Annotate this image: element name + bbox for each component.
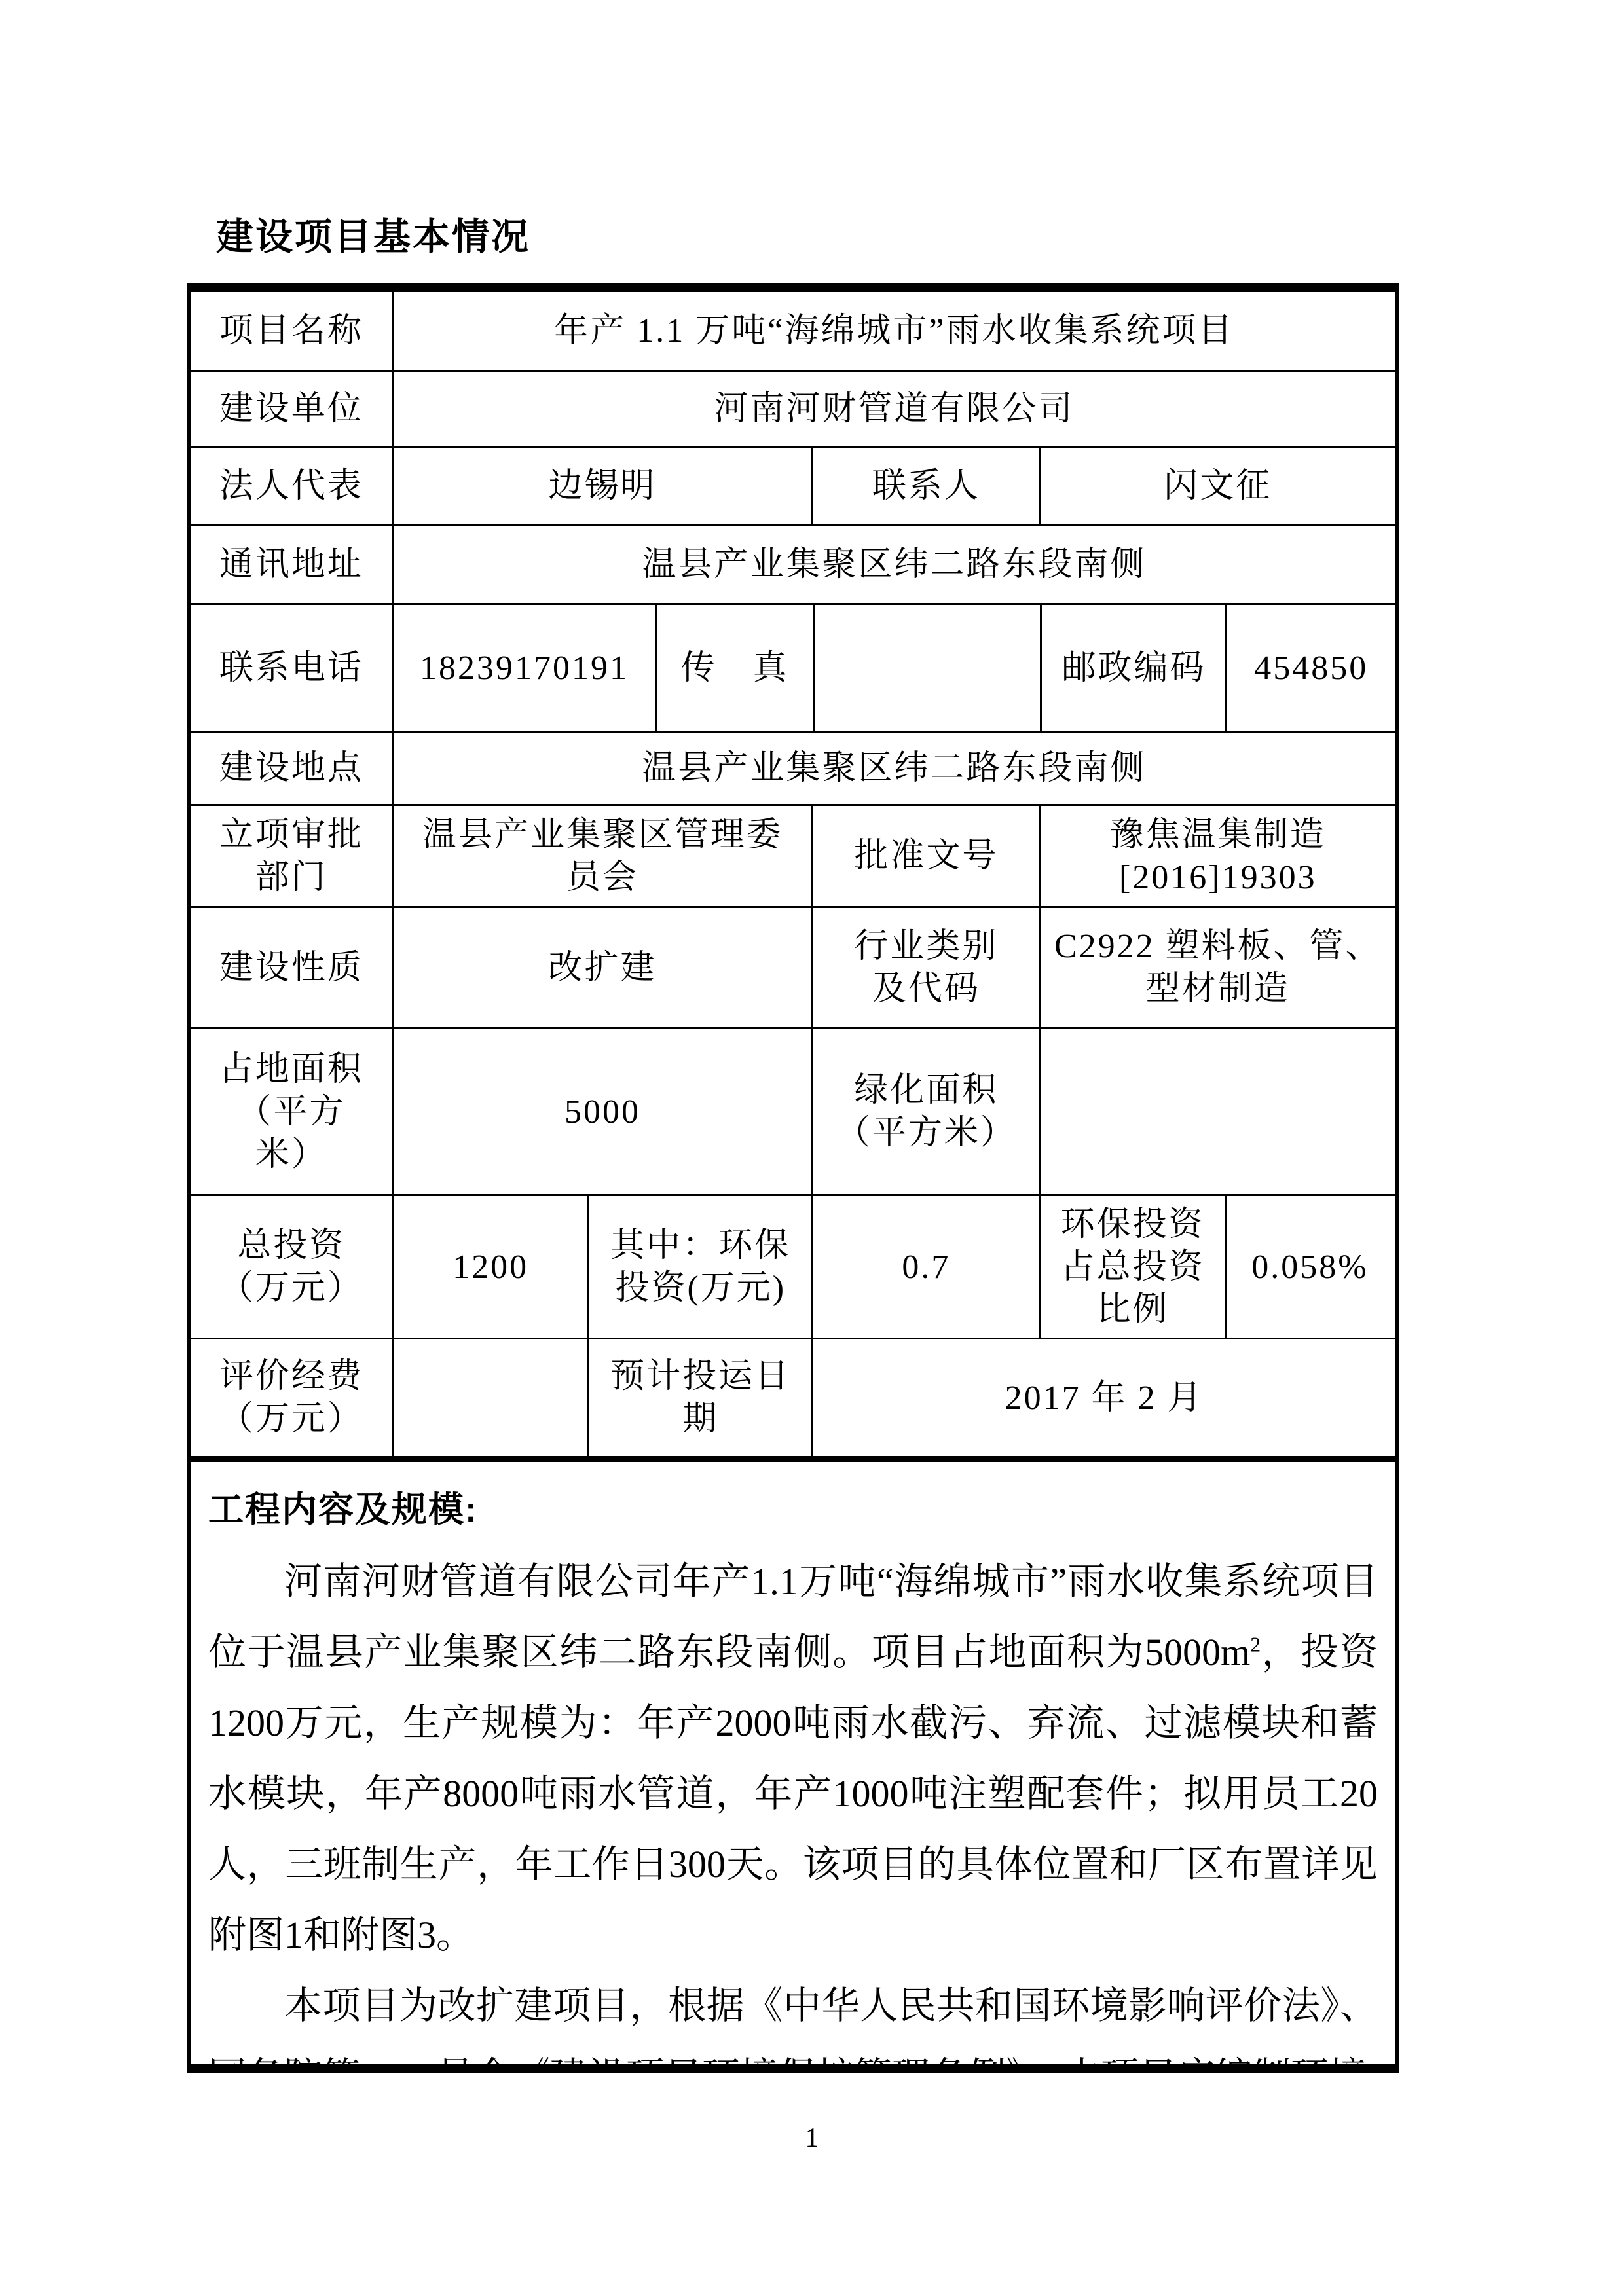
table-cell-value	[815, 605, 1042, 731]
cell-text: 0.7	[902, 1246, 950, 1288]
cell-text: 预计投运日 期	[610, 1355, 790, 1440]
table-cell-label: 项目名称	[191, 292, 394, 370]
table-row-approval-department: 立项审批 部门 温县产业集聚区管理委 员会 批准文号 豫焦温集制造 [2016]…	[191, 806, 1395, 908]
paragraph-regulation-basis: 本项目为改扩建项目，根据《中华人民共和国环境影响评价法》、国务院第 253 号令…	[208, 1971, 1378, 2064]
table-cell-value: 2017 年 2 月	[813, 1339, 1395, 1456]
cell-text: 法人代表	[219, 465, 363, 507]
cell-text: 环保投资 占总投资 比例	[1061, 1203, 1205, 1331]
section-heading: 工程内容及规模:	[208, 1482, 1378, 1532]
table-cell-value: 5000	[394, 1029, 813, 1194]
cell-text: 边锡明	[549, 465, 657, 507]
table-cell-label: 传 真	[657, 605, 815, 731]
table-cell-label: 联系电话	[191, 605, 394, 731]
project-info-table: 项目名称 年产 1.1 万吨“海绵城市”雨水收集系统项目 建设单位 河南河财管道…	[187, 283, 1399, 2073]
table-cell-value: 18239170191	[394, 605, 657, 731]
cell-text: 建设地点	[219, 747, 363, 790]
table-cell-value: C2922 塑料板、管、 型材制造	[1041, 908, 1395, 1027]
cell-text: 豫焦温集制造 [2016]19303	[1110, 814, 1326, 899]
table-row-total-investment: 总投资 （万元） 1200 其中：环保 投资(万元) 0.7 环保投资 占总投资…	[191, 1196, 1395, 1339]
table-cell-label: 绿化面积 （平方米）	[813, 1029, 1041, 1194]
cell-text: 温县产业集聚区纬二路东段南侧	[642, 747, 1146, 790]
cell-text: 18239170191	[420, 647, 629, 689]
cell-text: 2017 年 2 月	[1005, 1377, 1204, 1419]
cell-text: 温县产业集聚区纬二路东段南侧	[642, 543, 1146, 586]
page-number: 1	[0, 2123, 1624, 2154]
table-row-construction-nature: 建设性质 改扩建 行业类别 及代码 C2922 塑料板、管、 型材制造	[191, 908, 1395, 1029]
table-cell-label: 批准文号	[813, 806, 1041, 906]
table-cell-label: 行业类别 及代码	[813, 908, 1041, 1027]
table-cell-value: 河南河财管道有限公司	[394, 372, 1395, 446]
table-cell-label: 联系人	[813, 448, 1041, 524]
table-row-construction-unit: 建设单位 河南河财管道有限公司	[191, 372, 1395, 448]
table-cell-value: 温县产业集聚区纬二路东段南侧	[394, 526, 1395, 603]
table-cell-label: 建设地点	[191, 733, 394, 804]
table-cell-label: 建设性质	[191, 908, 394, 1027]
table-row-contact-phone: 联系电话 18239170191 传 真 邮政编码 454850	[191, 605, 1395, 733]
cell-text: 邮政编码	[1061, 647, 1206, 689]
document-page: 建设项目基本情况 项目名称 年产 1.1 万吨“海绵城市”雨水收集系统项目 建设…	[0, 0, 1624, 2296]
table-cell-label: 占地面积 （平方 米）	[191, 1029, 394, 1194]
cell-text: 绿化面积 （平方米）	[836, 1069, 1016, 1154]
table-cell-label: 其中：环保 投资(万元)	[589, 1196, 813, 1338]
project-content-section: 工程内容及规模: 河南河财管道有限公司年产1.1万吨“海绵城市”雨水收集系统项目…	[191, 1456, 1395, 2064]
cell-text: 建设单位	[219, 388, 363, 430]
table-cell-value: 0.7	[813, 1196, 1041, 1338]
table-row-mailing-address: 通讯地址 温县产业集聚区纬二路东段南侧	[191, 526, 1395, 605]
cell-text: 批准文号	[854, 835, 998, 877]
table-cell-label: 通讯地址	[191, 526, 394, 603]
table-cell-value: 闪文征	[1041, 448, 1395, 524]
table-cell-value	[394, 1339, 590, 1456]
cell-text: 项目名称	[219, 310, 363, 352]
table-cell-value: 1200	[394, 1196, 590, 1338]
paragraph-text: 河南河财管道有限公司年产1.1万吨“海绵城市”雨水收集系统项目位于温县产业集聚区…	[208, 1560, 1378, 1673]
cell-text: 评价经费 （万元）	[219, 1355, 363, 1440]
table-row-project-name: 项目名称 年产 1.1 万吨“海绵城市”雨水收集系统项目	[191, 292, 1395, 372]
cell-text: 河南河财管道有限公司	[714, 388, 1074, 430]
cell-text: 0.058%	[1251, 1246, 1368, 1288]
table-cell-value: 边锡明	[394, 448, 813, 524]
table-cell-value: 豫焦温集制造 [2016]19303	[1041, 806, 1395, 906]
cell-text: 立项审批 部门	[219, 814, 363, 899]
table-cell-label: 邮政编码	[1042, 605, 1227, 731]
table-row-evaluation-fee: 评价经费 （万元） 预计投运日 期 2017 年 2 月	[191, 1339, 1395, 1456]
table-row-land-area: 占地面积 （平方 米） 5000 绿化面积 （平方米）	[191, 1029, 1395, 1196]
cell-text: 年产 1.1 万吨“海绵城市”雨水收集系统项目	[554, 310, 1234, 352]
cell-text: 454850	[1254, 647, 1368, 689]
cell-text: 1200	[452, 1246, 528, 1288]
table-cell-label: 总投资 （万元）	[191, 1196, 394, 1338]
paragraph-project-description: 河南河财管道有限公司年产1.1万吨“海绵城市”雨水收集系统项目位于温县产业集聚区…	[208, 1546, 1378, 1971]
table-row-legal-representative: 法人代表 边锡明 联系人 闪文征	[191, 448, 1395, 526]
table-cell-value: 改扩建	[394, 908, 813, 1027]
cell-text: 其中：环保 投资(万元)	[610, 1224, 790, 1309]
cell-text: 通讯地址	[219, 543, 363, 586]
cell-text: 联系人	[872, 465, 980, 507]
cell-text: 总投资 （万元）	[219, 1224, 363, 1309]
cell-text: 建设性质	[219, 947, 363, 989]
cell-text: 传 真	[681, 647, 789, 689]
cell-text: 闪文征	[1164, 465, 1272, 507]
superscript-square: 2	[1250, 1633, 1261, 1656]
table-cell-value: 年产 1.1 万吨“海绵城市”雨水收集系统项目	[394, 292, 1395, 370]
cell-text: 5000	[564, 1091, 640, 1133]
cell-text: 改扩建	[549, 947, 657, 989]
cell-text: 占地面积 （平方 米）	[219, 1048, 363, 1176]
cell-text: 联系电话	[219, 647, 363, 689]
table-cell-label: 法人代表	[191, 448, 394, 524]
cell-text: 行业类别 及代码	[854, 925, 998, 1010]
table-cell-label: 环保投资 占总投资 比例	[1041, 1196, 1227, 1338]
table-cell-value: 454850	[1227, 605, 1394, 731]
table-row-construction-site: 建设地点 温县产业集聚区纬二路东段南侧	[191, 733, 1395, 806]
table-cell-value: 温县产业集聚区纬二路东段南侧	[394, 733, 1395, 804]
cell-text: 温县产业集聚区管理委 员会	[422, 814, 783, 899]
table-cell-label: 立项审批 部门	[191, 806, 394, 906]
table-cell-label: 评价经费 （万元）	[191, 1339, 394, 1456]
cell-text: C2922 塑料板、管、 型材制造	[1054, 925, 1382, 1010]
table-cell-value: 温县产业集聚区管理委 员会	[394, 806, 813, 906]
table-cell-value: 0.058%	[1227, 1196, 1393, 1338]
table-cell-label: 预计投运日 期	[589, 1339, 813, 1456]
paragraph-text: ，投资1200万元，生产规模为：年产2000吨雨水截污、弃流、过滤模块和蓄水模块…	[208, 1631, 1378, 1956]
table-cell-label: 建设单位	[191, 372, 394, 446]
table-cell-value	[1041, 1029, 1395, 1194]
page-title: 建设项目基本情况	[216, 207, 530, 261]
